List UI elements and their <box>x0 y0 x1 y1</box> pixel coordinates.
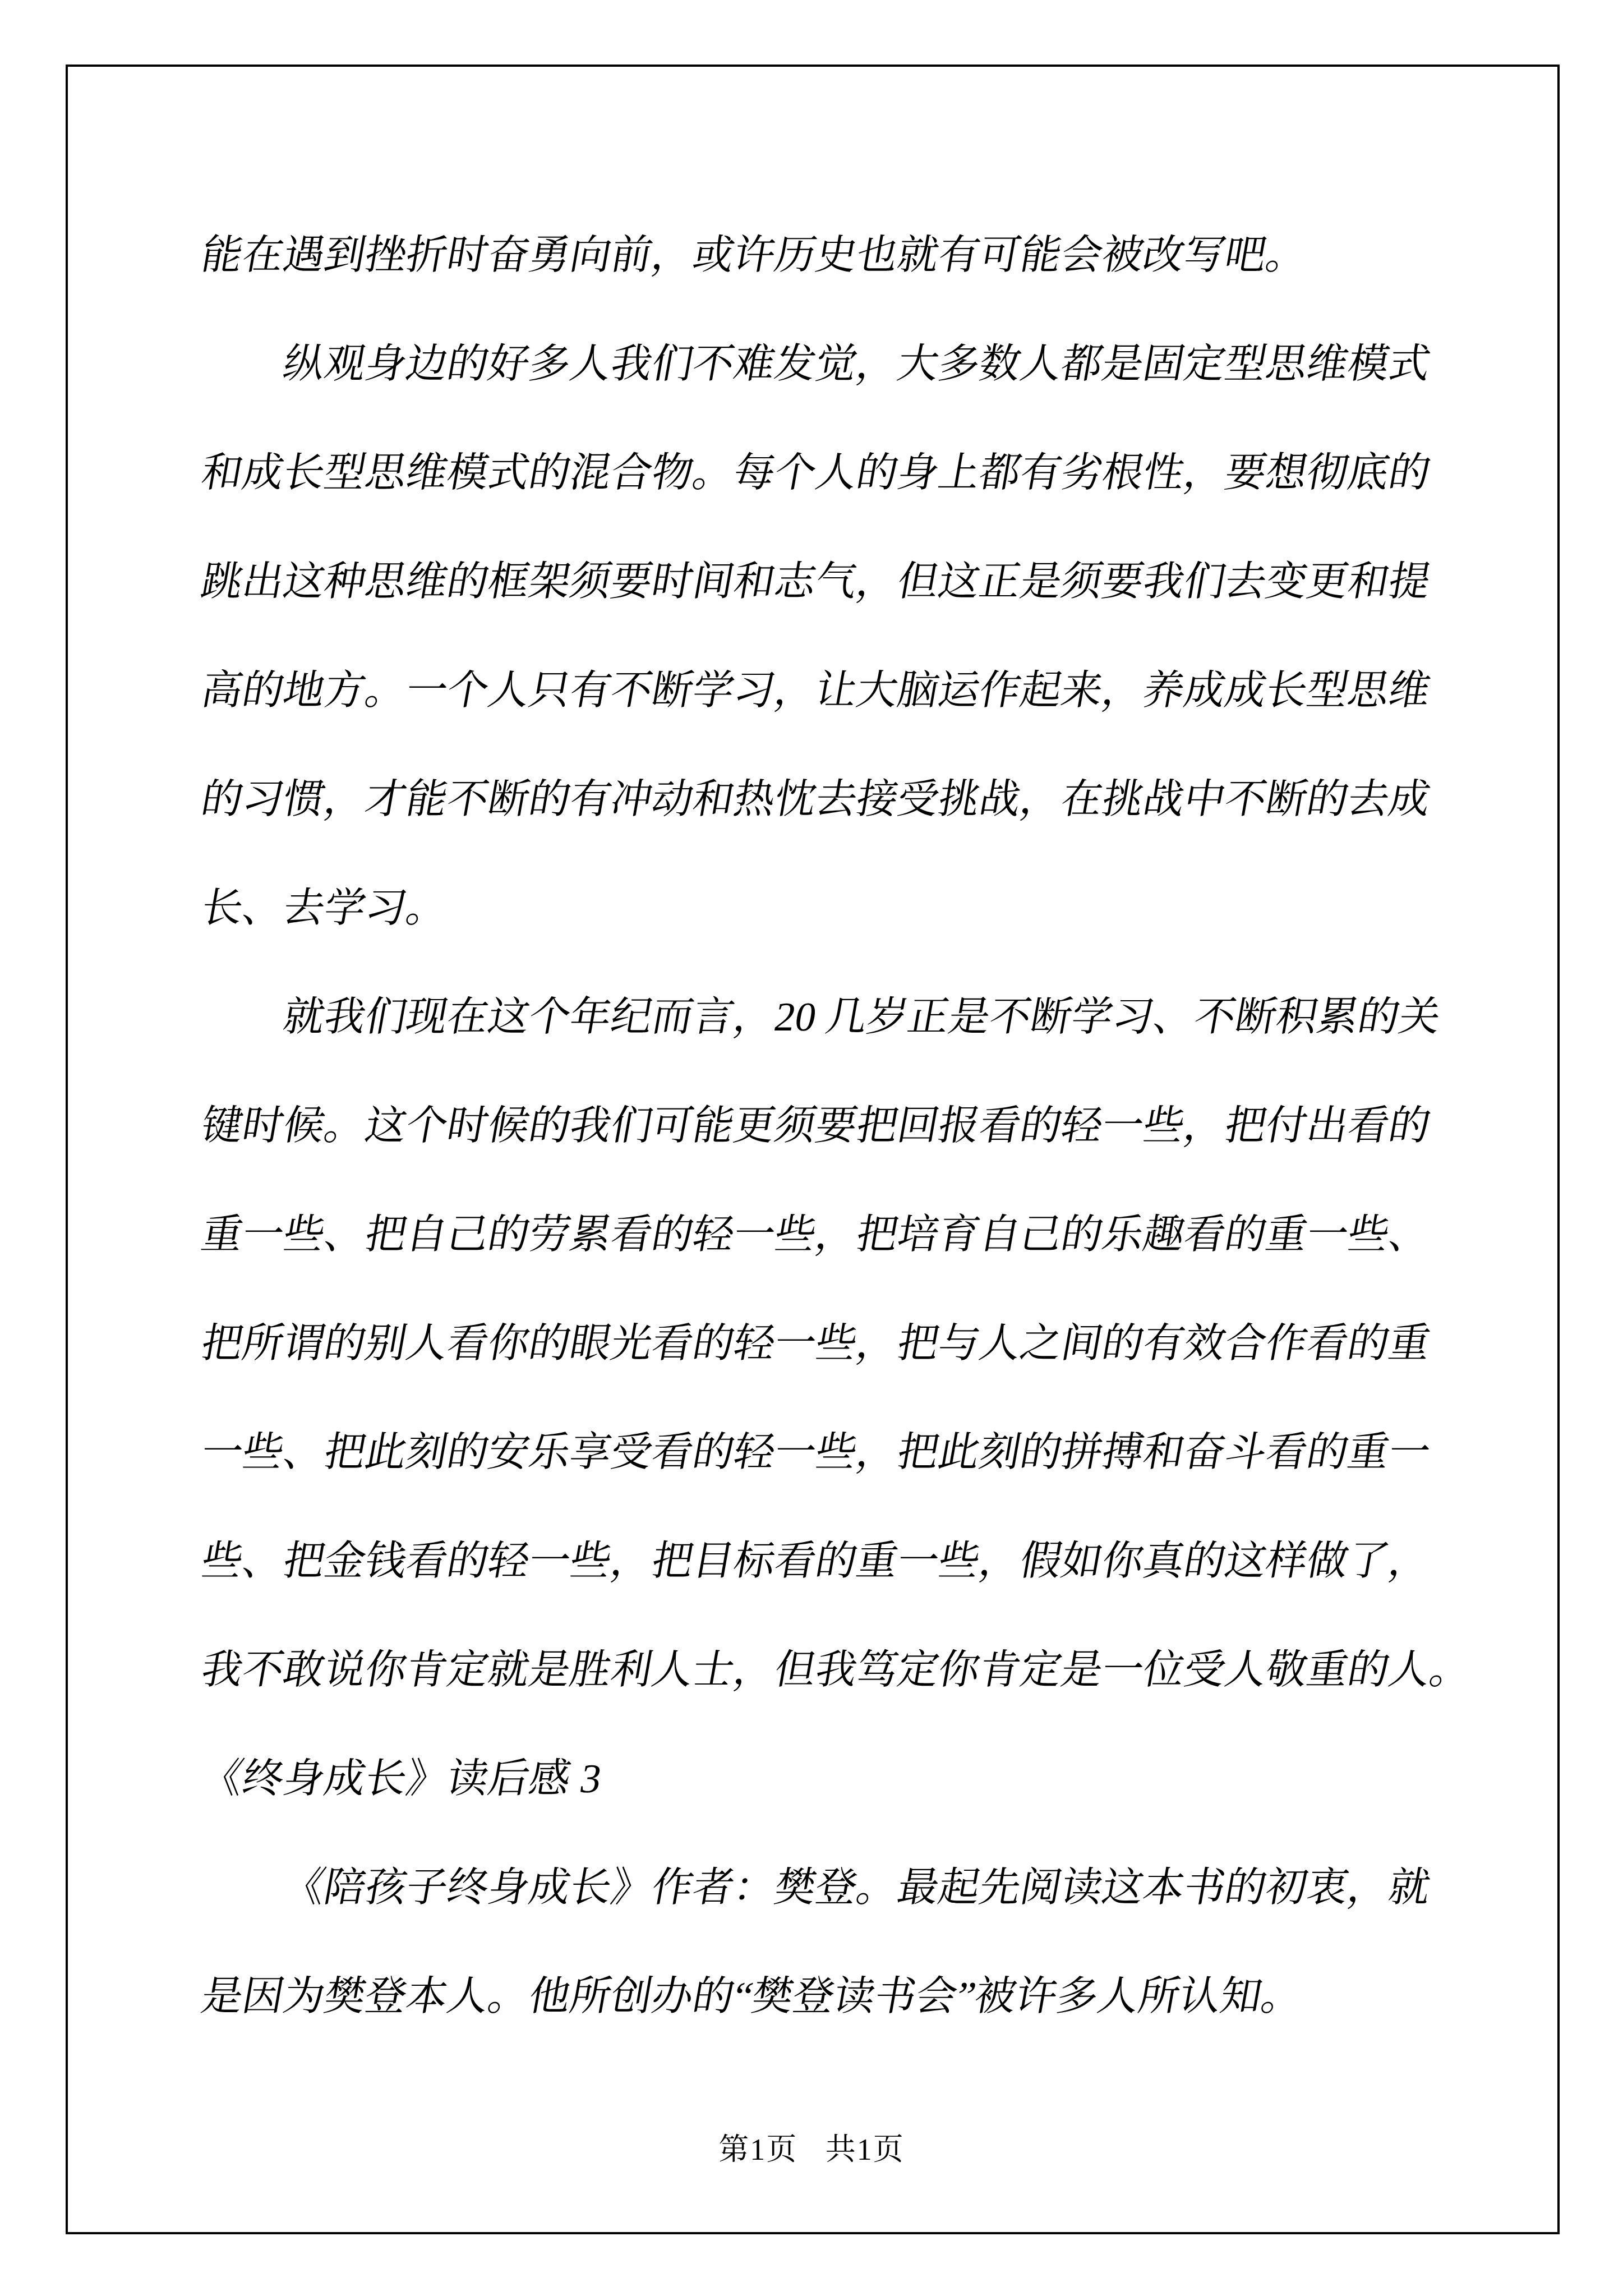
text-line: 《陪孩子终身成长》作者：樊登。最起先阅读这本书的初衷，就 <box>192 1833 1462 1942</box>
text-line: 跳出这种思维的框架须要时间和志气，但这正是须要我们去变更和提 <box>192 527 1462 636</box>
text-line: 就我们现在这个年纪而言，20 几岁正是不断学习、不断积累的关 <box>192 963 1462 1071</box>
text-line: 我不敢说你肯定就是胜利人士，但我笃定你肯定是一位受人敬重的人。 <box>192 1616 1462 1724</box>
text-line: 《终身成长》读后感 3 <box>192 1724 1462 1833</box>
text-line: 键时候。这个时候的我们可能更须要把回报看的轻一些，把付出看的 <box>192 1071 1462 1180</box>
text-line: 高的地方。一个人只有不断学习，让大脑运作起来，养成成长型思维 <box>192 636 1462 745</box>
text-line: 纵观身边的好多人我们不难发觉，大多数人都是固定型思维模式 <box>192 310 1462 418</box>
document-page: 能在遇到挫折时奋勇向前，或许历史也就有可能会被改写吧。纵观身边的好多人我们不难发… <box>0 0 1623 2296</box>
text-line: 长、去学习。 <box>192 854 1462 963</box>
document-body: 能在遇到挫折时奋勇向前，或许历史也就有可能会被改写吧。纵观身边的好多人我们不难发… <box>202 201 1453 2051</box>
text-line: 把所谓的别人看你的眼光看的轻一些，把与人之间的有效合作看的重 <box>192 1289 1462 1398</box>
text-line: 一些、把此刻的安乐享受看的轻一些，把此刻的拼搏和奋斗看的重一 <box>192 1398 1462 1507</box>
text-line: 能在遇到挫折时奋勇向前，或许历史也就有可能会被改写吧。 <box>192 201 1462 310</box>
text-line: 是因为樊登本人。他所创办的“樊登读书会”被许多人所认知。 <box>192 1942 1462 2051</box>
text-line: 重一些、把自己的劳累看的轻一些，把培育自己的乐趣看的重一些、 <box>192 1180 1462 1289</box>
text-line: 的习惯，才能不断的有冲动和热忱去接受挑战，在挑战中不断的去成 <box>192 745 1462 854</box>
text-line: 些、把金钱看的轻一些，把目标看的重一些，假如你真的这样做了， <box>192 1507 1462 1616</box>
text-line: 和成长型思维模式的混合物。每个人的身上都有劣根性，要想彻底的 <box>192 418 1462 527</box>
page-footer: 第1页 共1页 <box>0 2132 1623 2168</box>
